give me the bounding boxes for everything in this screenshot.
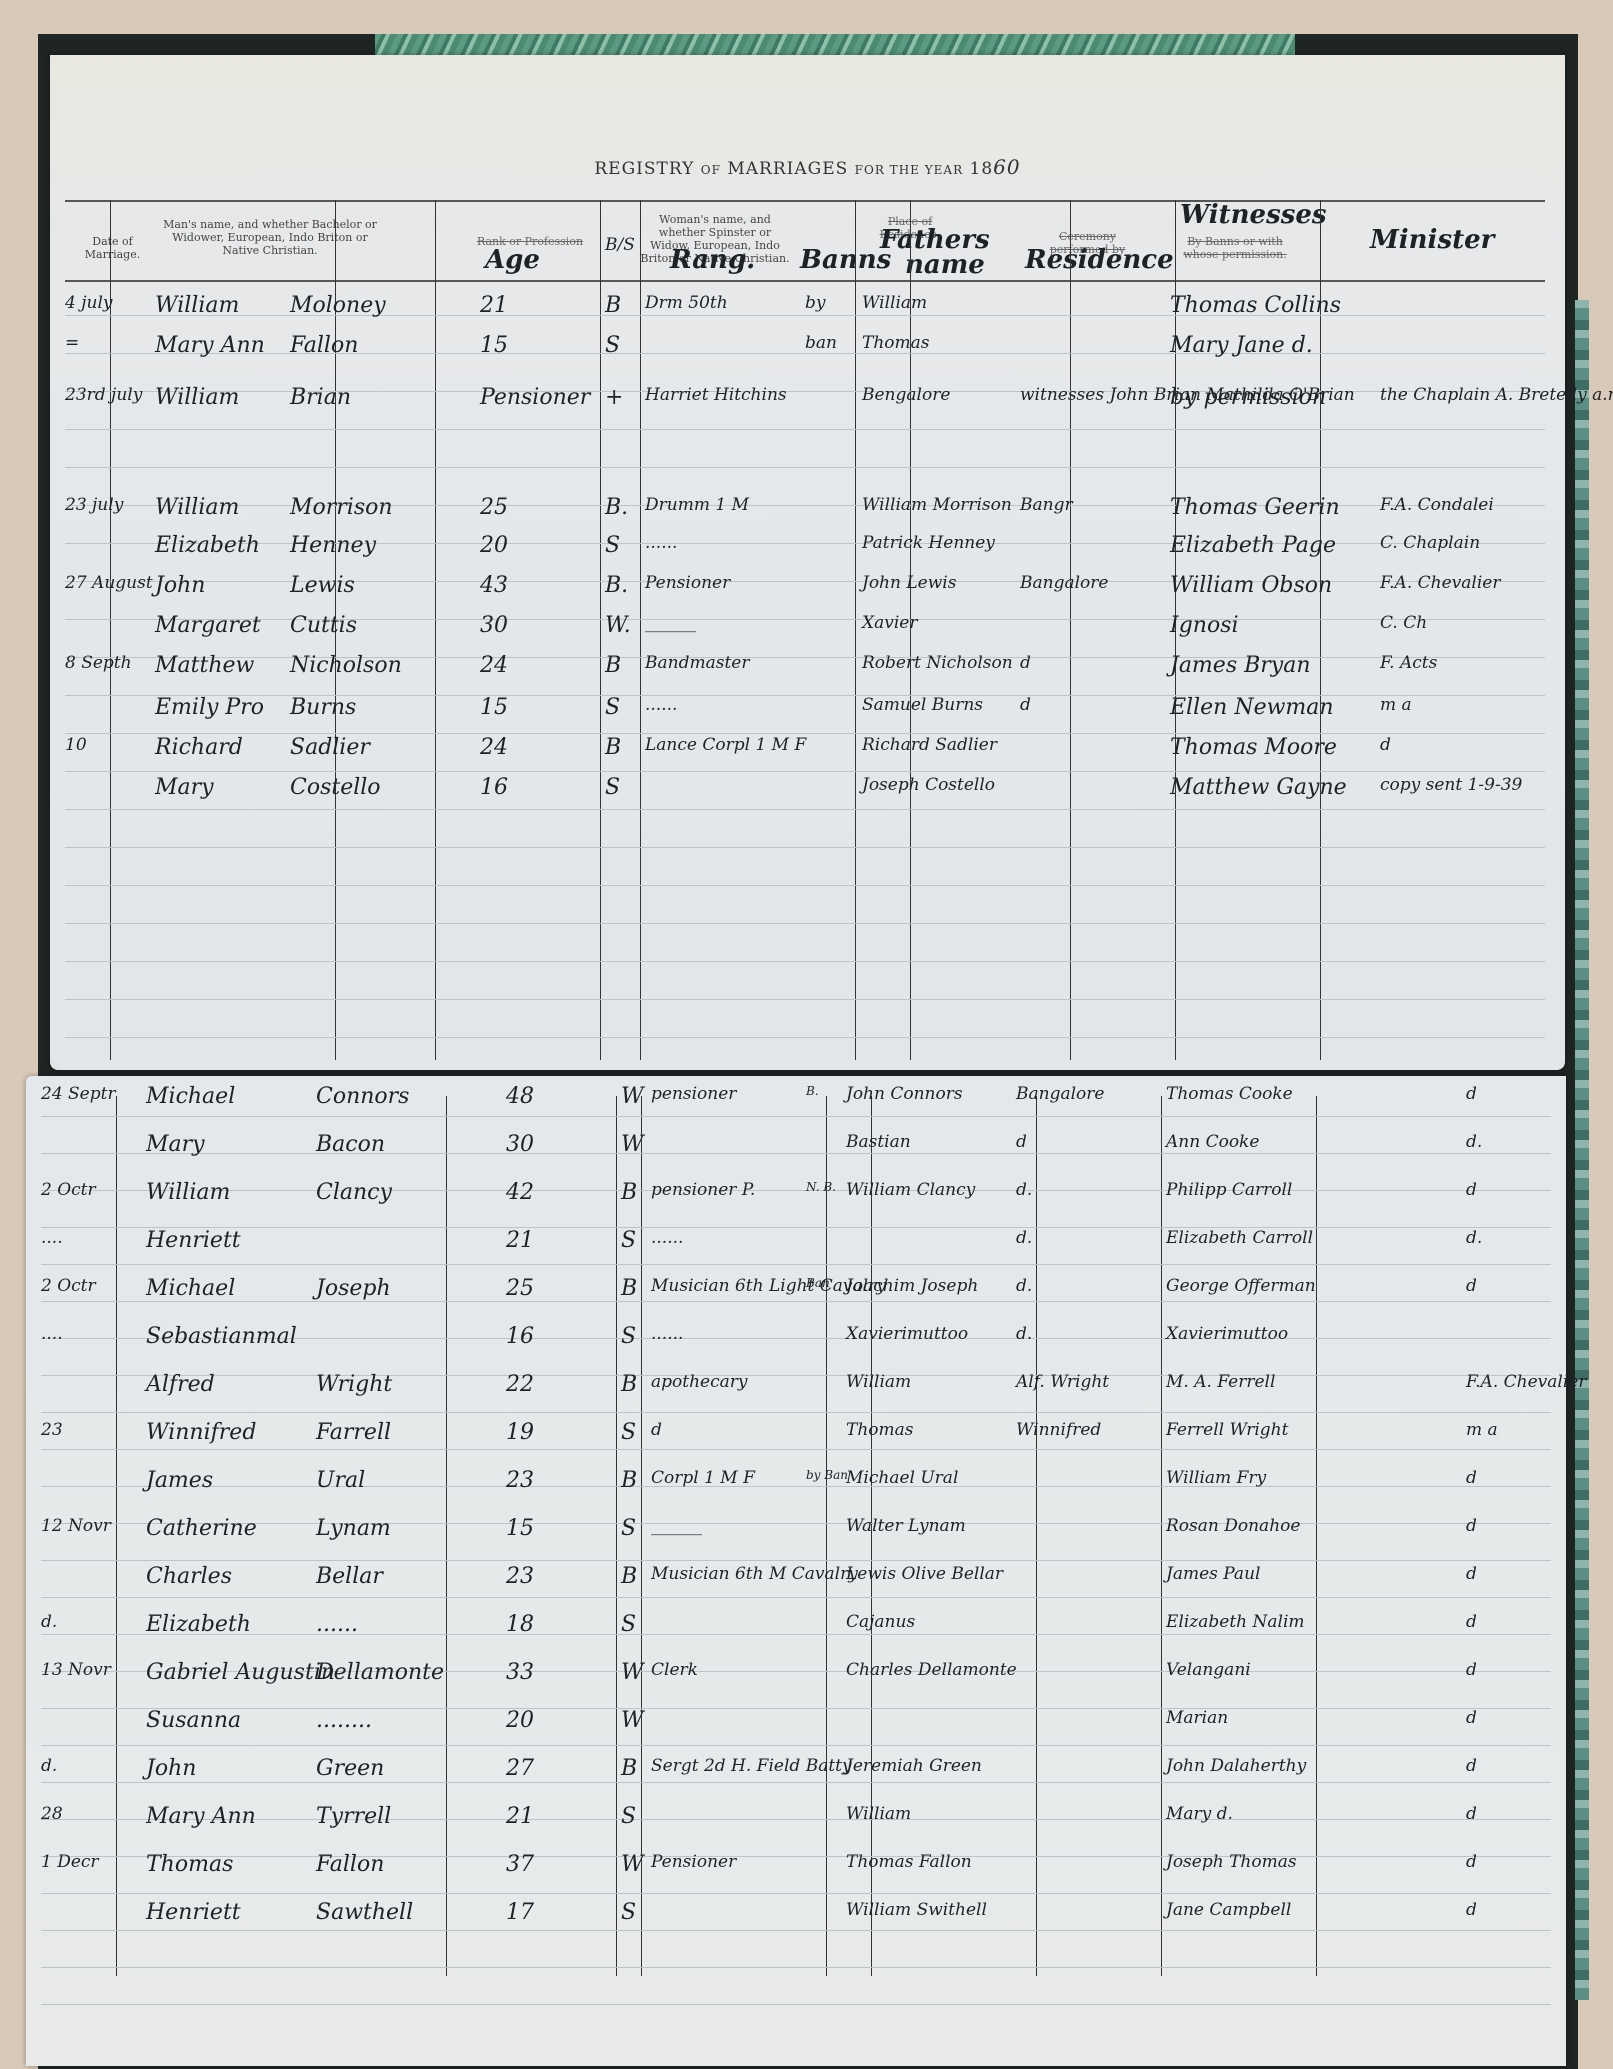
register-page-top: REGISTRY OF MARRIAGES FOR THE YEAR 1860 … bbox=[50, 55, 1565, 1070]
entry-age: 37 bbox=[506, 1852, 534, 1877]
ruled-line bbox=[41, 1967, 1551, 1968]
entry-residence: Bangalore bbox=[1020, 573, 1108, 593]
entry-witness: Xavierimuttoo bbox=[1166, 1324, 1288, 1344]
entry-cond: S bbox=[605, 333, 620, 358]
ruled-line bbox=[41, 1412, 1551, 1413]
entry-minister: d bbox=[1466, 1900, 1477, 1920]
entry-minister: d bbox=[1466, 1564, 1477, 1584]
entry-father: Patrick Henney bbox=[862, 533, 995, 553]
entry-witness: Joseph Thomas bbox=[1166, 1852, 1297, 1872]
entry-residence: Alf. Wright bbox=[1016, 1372, 1109, 1392]
entry-father: William bbox=[862, 293, 927, 313]
column-divider bbox=[600, 200, 601, 1060]
entry-witness: Ann Cooke bbox=[1166, 1132, 1259, 1152]
column-divider bbox=[1036, 1096, 1037, 1976]
ruled-line bbox=[41, 1190, 1551, 1191]
entry-minister: d bbox=[1466, 1516, 1477, 1536]
entry-age: 20 bbox=[506, 1708, 534, 1733]
column-divider bbox=[641, 1096, 642, 1976]
entry-first: Catherine bbox=[146, 1516, 257, 1541]
entry-witness: James Paul bbox=[1166, 1564, 1260, 1584]
column-divider bbox=[110, 200, 111, 1060]
entry-banns: by Ban bbox=[806, 1468, 848, 1482]
title-year-printed: 18 bbox=[970, 159, 994, 179]
ruled-line bbox=[65, 353, 1545, 354]
column-divider bbox=[1316, 1096, 1317, 1976]
entry-rank: Pensioner bbox=[645, 573, 730, 593]
entry-age: 16 bbox=[506, 1324, 534, 1349]
column-divider bbox=[826, 1096, 827, 1976]
entry-cond: B. bbox=[605, 573, 628, 598]
ruled-line bbox=[41, 1930, 1551, 1931]
ruled-line bbox=[41, 1893, 1551, 1894]
entry-first: Gabriel Augustin bbox=[146, 1660, 335, 1685]
entry-minister: C. Chaplain bbox=[1380, 533, 1480, 553]
entry-age: 27 bbox=[506, 1756, 534, 1781]
entry-minister: d bbox=[1466, 1804, 1477, 1824]
entry-age: 23 bbox=[506, 1468, 534, 1493]
header-banns: Banns bbox=[800, 245, 891, 275]
entry-first: Susanna bbox=[146, 1708, 241, 1733]
entry-witness: Thomas Collins bbox=[1170, 293, 1341, 318]
header-condition: B/S bbox=[605, 235, 635, 255]
entry-father: William Swithell bbox=[846, 1900, 987, 1920]
entry-date: 24 Septr bbox=[41, 1084, 116, 1104]
entry-age: 16 bbox=[480, 775, 508, 800]
entry-minister: F.A. Chevalier bbox=[1380, 573, 1500, 593]
entry-witness: Ignosi bbox=[1170, 613, 1239, 638]
entry-witness: Velangani bbox=[1166, 1660, 1251, 1680]
entry-cond: S bbox=[621, 1228, 636, 1253]
entry-rank: ...... bbox=[645, 533, 677, 553]
entry-rank: Drm 50th bbox=[645, 293, 728, 313]
header-rank: Rang. bbox=[670, 245, 755, 275]
ruled-line bbox=[41, 2004, 1551, 2005]
header-name: name bbox=[905, 250, 985, 280]
column-divider bbox=[640, 200, 641, 1060]
ruled-line bbox=[65, 999, 1545, 1000]
entry-last: Farrell bbox=[316, 1420, 391, 1445]
entry-banns: B. bbox=[806, 1084, 819, 1098]
entry-residence: d. bbox=[1016, 1180, 1032, 1200]
entry-date: 13 Novr bbox=[41, 1660, 111, 1680]
entry-cond: S bbox=[621, 1612, 636, 1637]
entry-father: Robert Nicholson bbox=[862, 653, 1013, 673]
entry-age: 43 bbox=[480, 573, 508, 598]
entry-rank: ...... bbox=[645, 695, 677, 715]
entry-first: Mary Ann bbox=[155, 333, 265, 358]
ruled-line bbox=[65, 847, 1545, 848]
entry-age: 20 bbox=[480, 533, 508, 558]
entry-last: Bacon bbox=[316, 1132, 385, 1157]
entry-cond: + bbox=[605, 385, 623, 410]
entry-minister: C. Ch bbox=[1380, 613, 1427, 633]
entry-age: 17 bbox=[506, 1900, 534, 1925]
entry-date: 4 july bbox=[65, 293, 112, 313]
entry-father: Joachim Joseph bbox=[846, 1276, 978, 1296]
entry-witness: Elizabeth Carroll bbox=[1166, 1228, 1313, 1248]
entry-father: Joseph Costello bbox=[862, 775, 995, 795]
entry-rank: ...... bbox=[651, 1324, 683, 1344]
entry-father: Walter Lynam bbox=[846, 1516, 966, 1536]
ruled-line bbox=[65, 923, 1545, 924]
ruled-line bbox=[41, 1227, 1551, 1228]
entry-father: John Lewis bbox=[862, 573, 956, 593]
page-title: REGISTRY OF MARRIAGES FOR THE YEAR 1860 bbox=[50, 155, 1565, 179]
title-of: OF bbox=[701, 163, 721, 177]
entry-residence: d bbox=[1016, 1132, 1027, 1152]
entry-last: Green bbox=[316, 1756, 384, 1781]
entry-minister: the Chaplain A. Bretelly a.m. bbox=[1380, 385, 1613, 405]
ruled-line bbox=[41, 1153, 1551, 1154]
column-divider bbox=[855, 200, 856, 1060]
header-witnesses: Witnesses bbox=[1180, 200, 1327, 230]
entry-age: 25 bbox=[506, 1276, 534, 1301]
entry-rank: pensioner P. bbox=[651, 1180, 755, 1200]
entry-banns: by bbox=[805, 293, 826, 313]
entry-father: Michael Ural bbox=[846, 1468, 958, 1488]
entry-last: Costello bbox=[290, 775, 381, 800]
entry-cond: B bbox=[621, 1276, 637, 1301]
entry-last: Burns bbox=[290, 695, 356, 720]
entry-last: Fallon bbox=[290, 333, 358, 358]
entry-minister: m a bbox=[1380, 695, 1412, 715]
entry-first: Thomas bbox=[146, 1852, 233, 1877]
entry-date: 2 Octr bbox=[41, 1180, 96, 1200]
entry-witness: Marian bbox=[1166, 1708, 1228, 1728]
entry-banns: Ban bbox=[806, 1276, 830, 1290]
entry-witness: Thomas Geerin bbox=[1170, 495, 1340, 520]
entry-last: Wright bbox=[316, 1372, 392, 1397]
column-divider bbox=[1070, 200, 1071, 1060]
title-for-the-year: FOR THE YEAR bbox=[855, 163, 963, 177]
entry-date: 27 August bbox=[65, 573, 153, 593]
entry-cond: S bbox=[621, 1804, 636, 1829]
entry-first: Michael bbox=[146, 1276, 235, 1301]
entry-age: 21 bbox=[506, 1804, 534, 1829]
entry-last: Henney bbox=[290, 533, 376, 558]
ruled-line bbox=[65, 771, 1545, 772]
entry-witness: Philipp Carroll bbox=[1166, 1180, 1292, 1200]
entry-father: Bastian bbox=[846, 1132, 911, 1152]
entry-first: Richard bbox=[155, 735, 243, 760]
entry-first: Winnifred bbox=[146, 1420, 256, 1445]
entry-last: Cuttis bbox=[290, 613, 357, 638]
entry-age: 33 bbox=[506, 1660, 534, 1685]
ruled-line bbox=[65, 809, 1545, 810]
entry-first: Mary bbox=[155, 775, 214, 800]
entry-minister: F.A. Chevalier bbox=[1466, 1372, 1586, 1392]
entry-first: Charles bbox=[146, 1564, 232, 1589]
entry-age: 22 bbox=[506, 1372, 534, 1397]
entry-rank: Harriet Hitchins bbox=[645, 385, 787, 405]
entry-witness: John Dalaherthy bbox=[1166, 1756, 1306, 1776]
ruled-line bbox=[65, 657, 1545, 658]
ruled-line bbox=[41, 1116, 1551, 1117]
entry-father: William Morrison bbox=[862, 495, 1012, 515]
entry-residence: Bangr bbox=[1020, 495, 1073, 515]
entry-cond: S bbox=[621, 1420, 636, 1445]
entry-father: John Connors bbox=[846, 1084, 963, 1104]
entry-first: William bbox=[155, 385, 239, 410]
entry-age: 25 bbox=[480, 495, 508, 520]
entry-minister: d bbox=[1466, 1084, 1477, 1104]
entry-rank: ______ bbox=[645, 613, 696, 633]
ruled-line bbox=[41, 1523, 1551, 1524]
entry-father: Cajanus bbox=[846, 1612, 915, 1632]
column-divider bbox=[446, 1096, 447, 1976]
entry-cond: B bbox=[621, 1180, 637, 1205]
entry-cond: S bbox=[605, 775, 620, 800]
column-divider bbox=[616, 1096, 617, 1976]
ruled-line bbox=[41, 1708, 1551, 1709]
entry-minister: m a bbox=[1466, 1420, 1498, 1440]
entry-date: 8 Septh bbox=[65, 653, 132, 673]
entry-rank: Pensioner bbox=[651, 1852, 736, 1872]
entry-first: John bbox=[155, 573, 205, 598]
entry-cond: B bbox=[621, 1564, 637, 1589]
ruled-line bbox=[65, 961, 1545, 962]
entry-cond: W. bbox=[605, 613, 631, 638]
header-age: Age bbox=[485, 245, 540, 275]
entry-residence: Winnifred bbox=[1016, 1420, 1101, 1440]
entry-cond: B bbox=[621, 1468, 637, 1493]
entry-rank: d bbox=[651, 1420, 662, 1440]
ruled-line bbox=[65, 733, 1545, 734]
entry-father: Xavier bbox=[862, 613, 917, 633]
entry-residence: d bbox=[1020, 653, 1031, 673]
header-man: Man's name, and whether Bachelor or Wido… bbox=[160, 218, 380, 257]
entry-father: Richard Sadlier bbox=[862, 735, 997, 755]
entry-cond: S bbox=[621, 1900, 636, 1925]
entry-cond: B bbox=[605, 735, 621, 760]
entry-age: 19 bbox=[506, 1420, 534, 1445]
entry-first: Sebastianmal bbox=[146, 1324, 297, 1349]
column-divider bbox=[435, 200, 436, 1060]
entry-rank: Drumm 1 M bbox=[645, 495, 749, 515]
entry-last: Moloney bbox=[290, 293, 386, 318]
entry-first: Margaret bbox=[155, 613, 261, 638]
column-divider bbox=[871, 1096, 872, 1976]
entry-age: 24 bbox=[480, 735, 508, 760]
ruled-line bbox=[41, 1819, 1551, 1820]
ruled-line bbox=[65, 429, 1545, 430]
entry-last: Nicholson bbox=[290, 653, 402, 678]
entry-cond: B bbox=[621, 1372, 637, 1397]
entry-first: Mary bbox=[146, 1132, 205, 1157]
entry-last: Ural bbox=[316, 1468, 365, 1493]
entry-last: Lynam bbox=[316, 1516, 391, 1541]
entry-last: Joseph bbox=[316, 1276, 391, 1301]
entry-cond: S bbox=[605, 533, 620, 558]
entry-first: Elizabeth bbox=[146, 1612, 251, 1637]
entry-minister: d bbox=[1466, 1468, 1477, 1488]
entry-father: Bengalore bbox=[862, 385, 950, 405]
entry-witness: Matthew Gayne bbox=[1170, 775, 1347, 800]
entry-age: 21 bbox=[480, 293, 508, 318]
entry-age: 15 bbox=[506, 1516, 534, 1541]
entry-date: .... bbox=[41, 1324, 63, 1344]
entry-date: .... bbox=[41, 1228, 63, 1248]
entry-date: d. bbox=[41, 1756, 57, 1776]
entry-last: Sadlier bbox=[290, 735, 370, 760]
entry-first: William bbox=[155, 293, 239, 318]
entry-witness: Ellen Newman bbox=[1170, 695, 1334, 720]
entry-last: Fallon bbox=[316, 1852, 384, 1877]
entry-witness: George Offerman bbox=[1166, 1276, 1316, 1296]
entry-residence: Bangalore bbox=[1016, 1084, 1104, 1104]
entry-witness: Elizabeth Page bbox=[1170, 533, 1336, 558]
entry-father: Jeremiah Green bbox=[846, 1756, 982, 1776]
entry-age: 24 bbox=[480, 653, 508, 678]
entry-last: ...... bbox=[316, 1612, 358, 1637]
ruled-line bbox=[41, 1301, 1551, 1302]
entry-residence: d. bbox=[1016, 1276, 1032, 1296]
entry-minister: d bbox=[1466, 1756, 1477, 1776]
entry-witness: M. A. Ferrell bbox=[1166, 1372, 1275, 1392]
ruled-line bbox=[41, 1560, 1551, 1561]
entry-minister: d bbox=[1466, 1708, 1477, 1728]
entry-cond: W bbox=[621, 1708, 644, 1733]
entry-witness: Mary Jane d. bbox=[1170, 333, 1313, 358]
entry-last: Brian bbox=[290, 385, 351, 410]
entry-minister: d bbox=[1466, 1180, 1477, 1200]
entry-first: John bbox=[146, 1756, 196, 1781]
column-divider bbox=[1320, 200, 1321, 1060]
title-year-handwritten: 60 bbox=[993, 155, 1020, 179]
ruled-line bbox=[41, 1486, 1551, 1487]
entry-first: Henriett bbox=[146, 1228, 241, 1253]
header-date: Date of Marriage. bbox=[70, 235, 155, 261]
entry-minister: d bbox=[1466, 1612, 1477, 1632]
entry-witness: Rosan Donahoe bbox=[1166, 1516, 1300, 1536]
entry-cond: S bbox=[621, 1516, 636, 1541]
entry-minister: copy sent 1-9-39 bbox=[1380, 775, 1522, 795]
entry-last: Morrison bbox=[290, 495, 393, 520]
column-divider bbox=[116, 1096, 117, 1976]
entry-residence: d. bbox=[1016, 1324, 1032, 1344]
entry-minister: d. bbox=[1466, 1228, 1482, 1248]
entry-first: Alfred bbox=[146, 1372, 215, 1397]
ruled-line bbox=[41, 1264, 1551, 1265]
header-banns-struck: By Banns or with whose permission. bbox=[1175, 235, 1295, 261]
entry-first: Emily Pro bbox=[155, 695, 264, 720]
entry-first: William bbox=[155, 495, 239, 520]
ruled-line bbox=[41, 1597, 1551, 1598]
title-marriages: MARRIAGES bbox=[727, 159, 848, 179]
marbled-edge-right bbox=[1575, 300, 1589, 2000]
entry-age: 15 bbox=[480, 333, 508, 358]
entry-residence: d. bbox=[1016, 1228, 1032, 1248]
entry-age: 48 bbox=[506, 1084, 534, 1109]
entry-date: 23 bbox=[41, 1420, 63, 1440]
ruled-line bbox=[65, 619, 1545, 620]
entry-cond: W bbox=[621, 1660, 644, 1685]
entry-date: d. bbox=[41, 1612, 57, 1632]
entry-first: Elizabeth bbox=[155, 533, 260, 558]
entry-age: 21 bbox=[506, 1228, 534, 1253]
entry-minister: F. Acts bbox=[1380, 653, 1437, 673]
entry-minister: d bbox=[1466, 1276, 1477, 1296]
entry-first: Michael bbox=[146, 1084, 235, 1109]
ruled-line bbox=[41, 1634, 1551, 1635]
ruled-line bbox=[41, 1449, 1551, 1450]
entry-first: Henriett bbox=[146, 1900, 241, 1925]
entry-rank: Clerk bbox=[651, 1660, 698, 1680]
entry-father: William bbox=[846, 1804, 911, 1824]
entry-father: Xavierimuttoo bbox=[846, 1324, 968, 1344]
entry-date: 1 Decr bbox=[41, 1852, 99, 1872]
ruled-line bbox=[65, 885, 1545, 886]
entry-age: 23 bbox=[506, 1564, 534, 1589]
entry-witness: by permission bbox=[1170, 385, 1326, 410]
entry-age: 18 bbox=[506, 1612, 534, 1637]
entry-father: Thomas bbox=[862, 333, 930, 353]
entry-first: William bbox=[146, 1180, 230, 1205]
entry-last: ........ bbox=[316, 1708, 372, 1733]
entry-first: Mary Ann bbox=[146, 1804, 256, 1829]
entry-father: William Clancy bbox=[846, 1180, 975, 1200]
entry-father: Lewis Olive Bellar bbox=[846, 1564, 1003, 1584]
title-registry: REGISTRY bbox=[594, 159, 694, 179]
entry-banns: ban bbox=[805, 333, 837, 353]
entry-last: Sawthell bbox=[316, 1900, 413, 1925]
entry-cond: B. bbox=[605, 495, 628, 520]
register-page-bottom: 24 SeptrMichaelConnors48WpensionerB.John… bbox=[26, 1076, 1566, 2066]
ruled-line bbox=[41, 1782, 1551, 1783]
entry-witness: Thomas Cooke bbox=[1166, 1084, 1293, 1104]
entry-age: 15 bbox=[480, 695, 508, 720]
header-bottom-rule bbox=[65, 280, 1545, 282]
entry-rank: ...... bbox=[651, 1228, 683, 1248]
entry-date: 23rd july bbox=[65, 385, 142, 405]
entry-cond: W bbox=[621, 1084, 644, 1109]
entry-minister: d bbox=[1466, 1660, 1477, 1680]
ruled-line bbox=[41, 1375, 1551, 1376]
entry-witness: Jane Campbell bbox=[1166, 1900, 1291, 1920]
entry-witness: Thomas Moore bbox=[1170, 735, 1337, 760]
ruled-line bbox=[65, 467, 1545, 468]
header-minister: Minister bbox=[1370, 225, 1494, 255]
entry-rank: ______ bbox=[651, 1516, 702, 1536]
entry-minister: F.A. Condalei bbox=[1380, 495, 1494, 515]
entry-rank: Lance Corpl 1 M F bbox=[645, 735, 806, 755]
entry-rank: Musician 6th M Cavalry bbox=[651, 1564, 858, 1584]
entry-minister: d bbox=[1380, 735, 1391, 755]
entry-banns: N. B. bbox=[806, 1180, 836, 1194]
entry-age: Pensioner bbox=[480, 385, 590, 410]
entry-residence: d bbox=[1020, 695, 1031, 715]
entry-witness: William Obson bbox=[1170, 573, 1332, 598]
entry-witness: James Bryan bbox=[1170, 653, 1311, 678]
entry-cond: B bbox=[605, 293, 621, 318]
ruled-line bbox=[41, 1856, 1551, 1857]
entry-father: William bbox=[846, 1372, 911, 1392]
entry-last: Dellamonte bbox=[316, 1660, 444, 1685]
entry-witness: Mary d. bbox=[1166, 1804, 1233, 1824]
entry-age: 42 bbox=[506, 1180, 534, 1205]
entry-date: 2 Octr bbox=[41, 1276, 96, 1296]
entry-minister: d. bbox=[1466, 1132, 1482, 1152]
entry-cond: B bbox=[605, 653, 621, 678]
entry-father: Charles Dellamonte bbox=[846, 1660, 1017, 1680]
entry-cond: S bbox=[621, 1324, 636, 1349]
entry-cond: W bbox=[621, 1132, 644, 1157]
ruled-line bbox=[41, 1745, 1551, 1746]
entry-minister: d bbox=[1466, 1852, 1477, 1872]
entry-father: Samuel Burns bbox=[862, 695, 983, 715]
entry-rank: Sergt 2d H. Field Batty bbox=[651, 1756, 852, 1776]
